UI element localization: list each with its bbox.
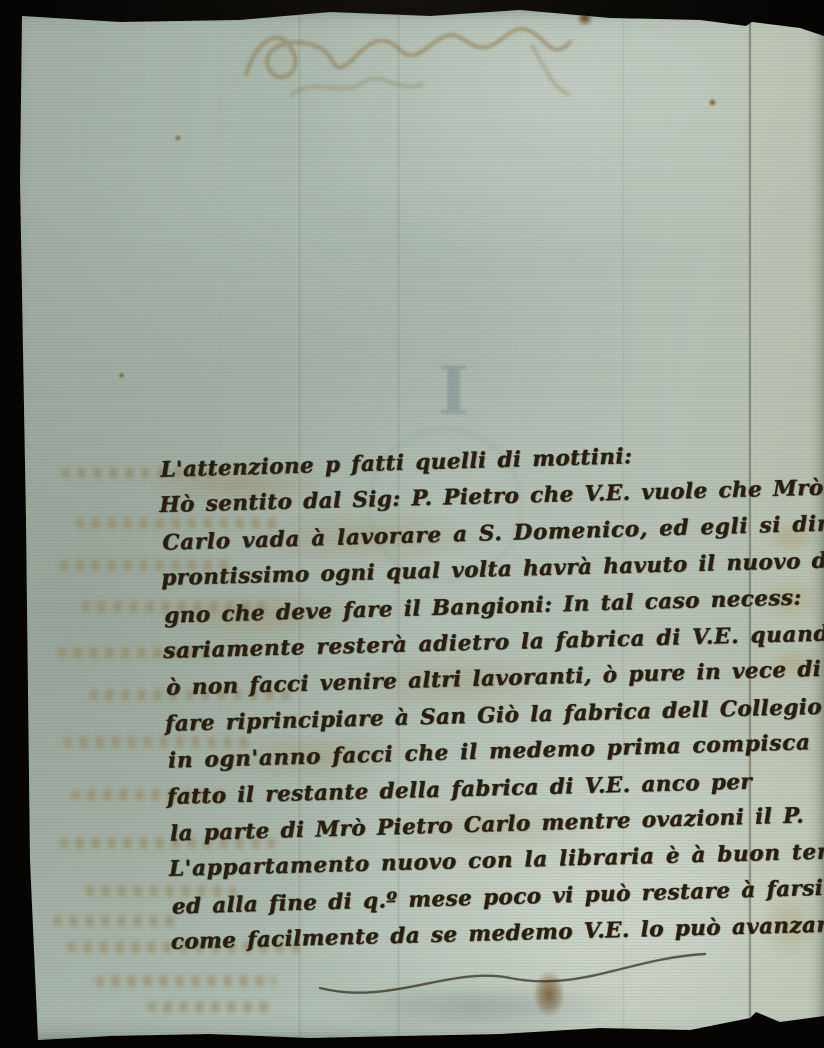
scan-background: I L'attenzione p fatti quelli di mottini… xyxy=(0,0,824,1048)
manuscript-page: I L'attenzione p fatti quelli di mottini… xyxy=(0,0,824,1048)
paper-edge-shadow xyxy=(0,0,824,1048)
